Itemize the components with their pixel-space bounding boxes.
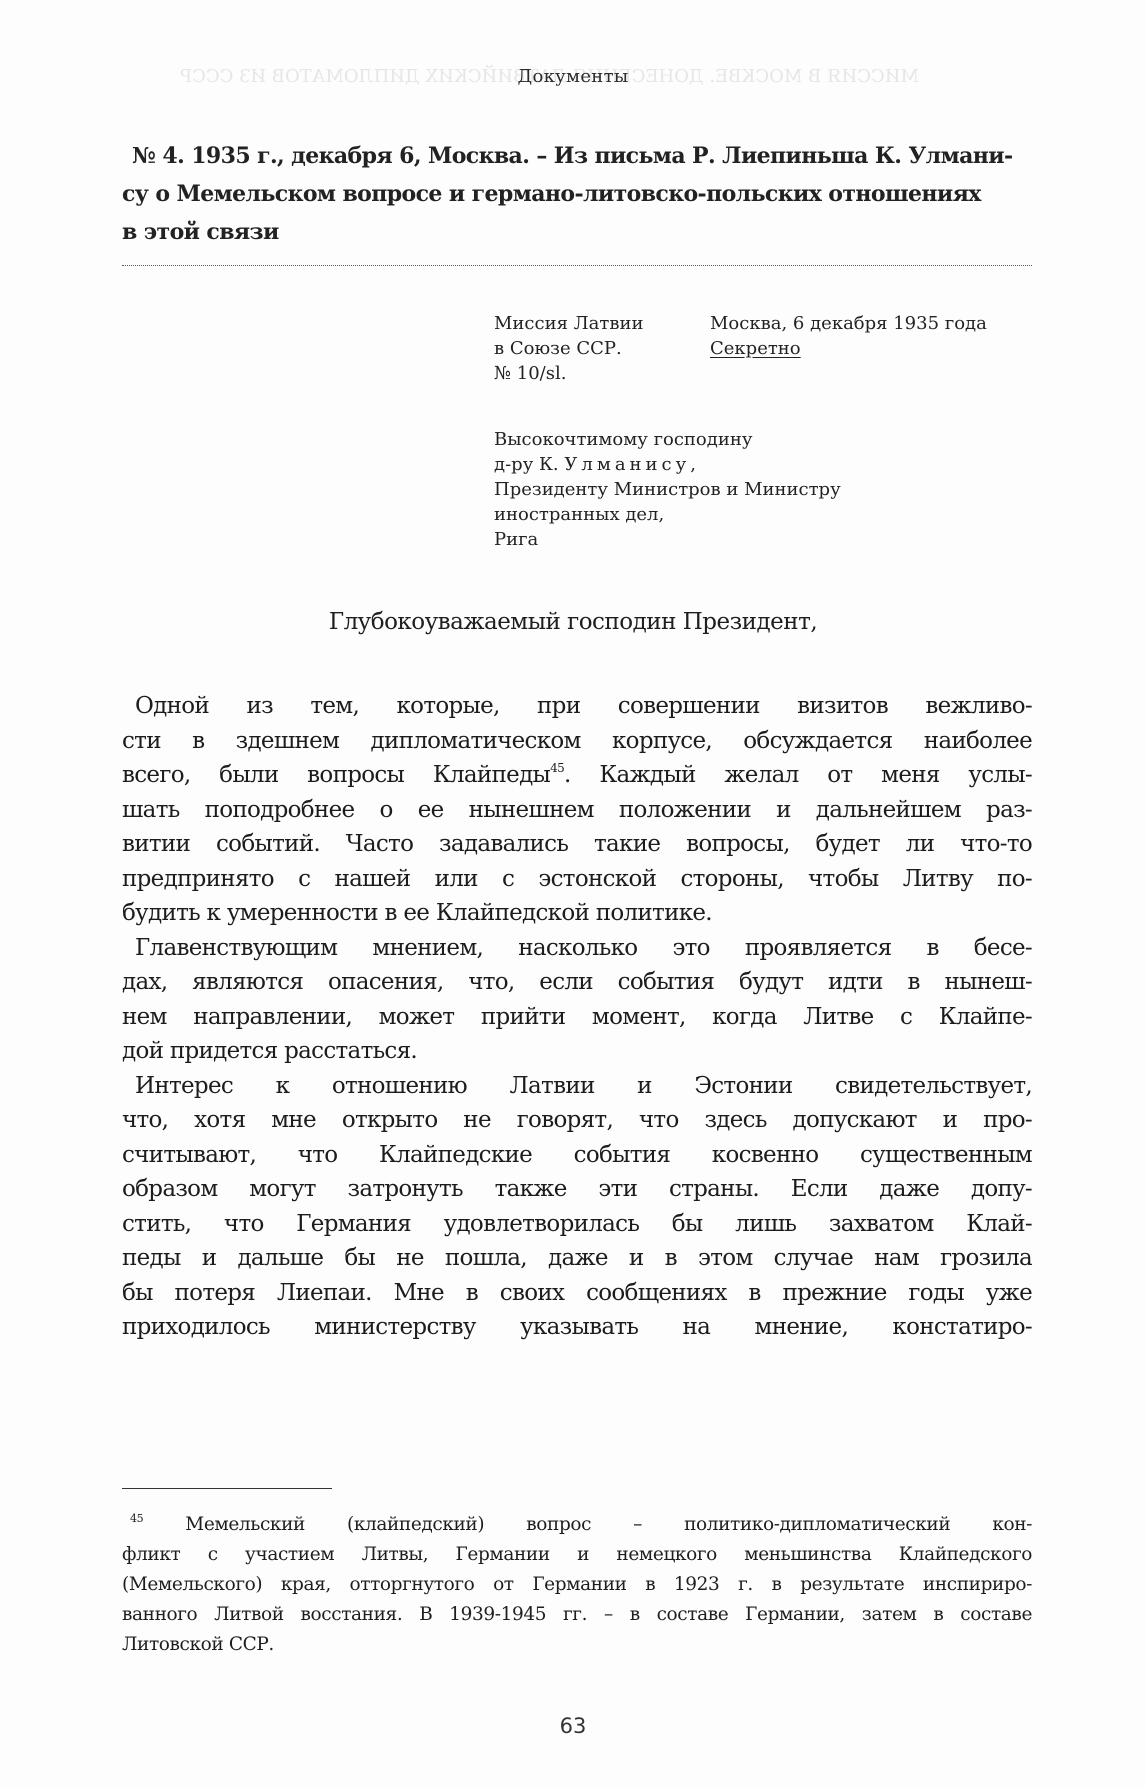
book-page: МИССИЯ В МОСКВЕ. ДОНЕСЕНИЯ ЛАТВИЙСКИХ ДИ… xyxy=(0,0,1146,1788)
page-number: 63 xyxy=(0,1714,1146,1738)
paragraph-1: Одной из тем, которые, при совершении ви… xyxy=(122,689,1032,931)
sender-line: в Союзе ССР. xyxy=(494,336,644,361)
text-line: дой придется расстаться. xyxy=(122,1034,1032,1069)
footnote-line: Литовской ССР. xyxy=(122,1630,1032,1660)
running-head: Документы xyxy=(0,66,1146,87)
text-line: стить, что Германия удовлетворилась бы л… xyxy=(122,1207,1032,1242)
text-line: дах, являются опасения, что, если событи… xyxy=(122,965,1032,1000)
footnote-line: (Мемельского) края, отторгнутого от Герм… xyxy=(122,1570,1032,1600)
text-line: бы потеря Лиепаи. Мне в своих сообщениях… xyxy=(122,1276,1032,1311)
text-line: предпринято с нашей или с эстонской стор… xyxy=(122,862,1032,897)
paragraph-2: Главенствующим мнением, насколько это пр… xyxy=(122,931,1032,1069)
text-line: всего, были вопросы Клайпеды45. Каждый ж… xyxy=(122,758,1032,793)
addressee-line: иностранных дел, xyxy=(494,502,841,527)
text-line: что, хотя мне открыто не говорят, что зд… xyxy=(122,1103,1032,1138)
text-line: считывают, что Клайпедские события косве… xyxy=(122,1138,1032,1173)
heading-line-1: № 4. 1935 г., декабря 6, Москва. – Из пи… xyxy=(122,137,1032,175)
footnote-separator xyxy=(122,1488,332,1489)
footnote-line: 45 Мемельский (клайпедский) вопрос – пол… xyxy=(122,1510,1032,1540)
sender-line: Миссия Латвии xyxy=(494,311,644,336)
text-line: будить к умеренности в ее Клайпедской по… xyxy=(122,896,1032,931)
addressee-name: д-ру К. Улманису, xyxy=(494,452,841,477)
addressee-block: Высокочтимому господину д-ру К. Улманису… xyxy=(494,427,841,552)
text-line: Главенствующим мнением, насколько это пр… xyxy=(122,931,1032,966)
paragraph-3: Интерес к отношению Латвии и Эстонии сви… xyxy=(122,1069,1032,1345)
footnote-reference[interactable]: 45 xyxy=(550,761,564,775)
footnote-number: 45 xyxy=(130,1512,143,1525)
document-heading: № 4. 1935 г., декабря 6, Москва. – Из пи… xyxy=(122,137,1032,251)
text-line: сти в здешнем дипломатическом корпусе, о… xyxy=(122,724,1032,759)
salutation: Глубокоуважаемый господин Президент, xyxy=(0,609,1146,635)
footnote-45: 45 Мемельский (клайпедский) вопрос – пол… xyxy=(122,1510,1032,1660)
footnote-line: ванного Литвой восстания. В 1939-1945 гг… xyxy=(122,1600,1032,1630)
text-line: витии событий. Часто задавались такие во… xyxy=(122,827,1032,862)
text-line: приходилось министерству указывать на мн… xyxy=(122,1310,1032,1345)
text-line: педы и дальше бы не пошла, даже и в этом… xyxy=(122,1241,1032,1276)
text-line: шать поподробнее о ее нынешнем положении… xyxy=(122,793,1032,828)
heading-line-3: в этой связи xyxy=(122,213,1032,251)
text-line: образом могут затронуть также эти страны… xyxy=(122,1172,1032,1207)
classification-mark: Секретно xyxy=(710,336,987,361)
sender-block: Миссия Латвии в Союзе ССР. № 10/sl. xyxy=(494,311,644,386)
footnote-line: фликт с участием Литвы, Германии и немец… xyxy=(122,1540,1032,1570)
date-block: Москва, 6 декабря 1935 года Секретно xyxy=(710,311,987,361)
reference-number: № 10/sl. xyxy=(494,361,644,386)
text-line: нем направлении, может прийти момент, ко… xyxy=(122,1000,1032,1035)
addressee-line: Президенту Министров и Министру xyxy=(494,477,841,502)
text-line: Одной из тем, которые, при совершении ви… xyxy=(122,689,1032,724)
letter-body: Одной из тем, которые, при совершении ви… xyxy=(122,689,1032,1345)
place-date: Москва, 6 декабря 1935 года xyxy=(710,311,987,336)
text-line: Интерес к отношению Латвии и Эстонии сви… xyxy=(122,1069,1032,1104)
heading-line-2: су о Мемельском вопросе и германо-литовс… xyxy=(122,175,1032,213)
dotted-separator xyxy=(122,265,1032,266)
addressee-line: Высокочтимому господину xyxy=(494,427,841,452)
addressee-city: Рига xyxy=(494,527,841,552)
